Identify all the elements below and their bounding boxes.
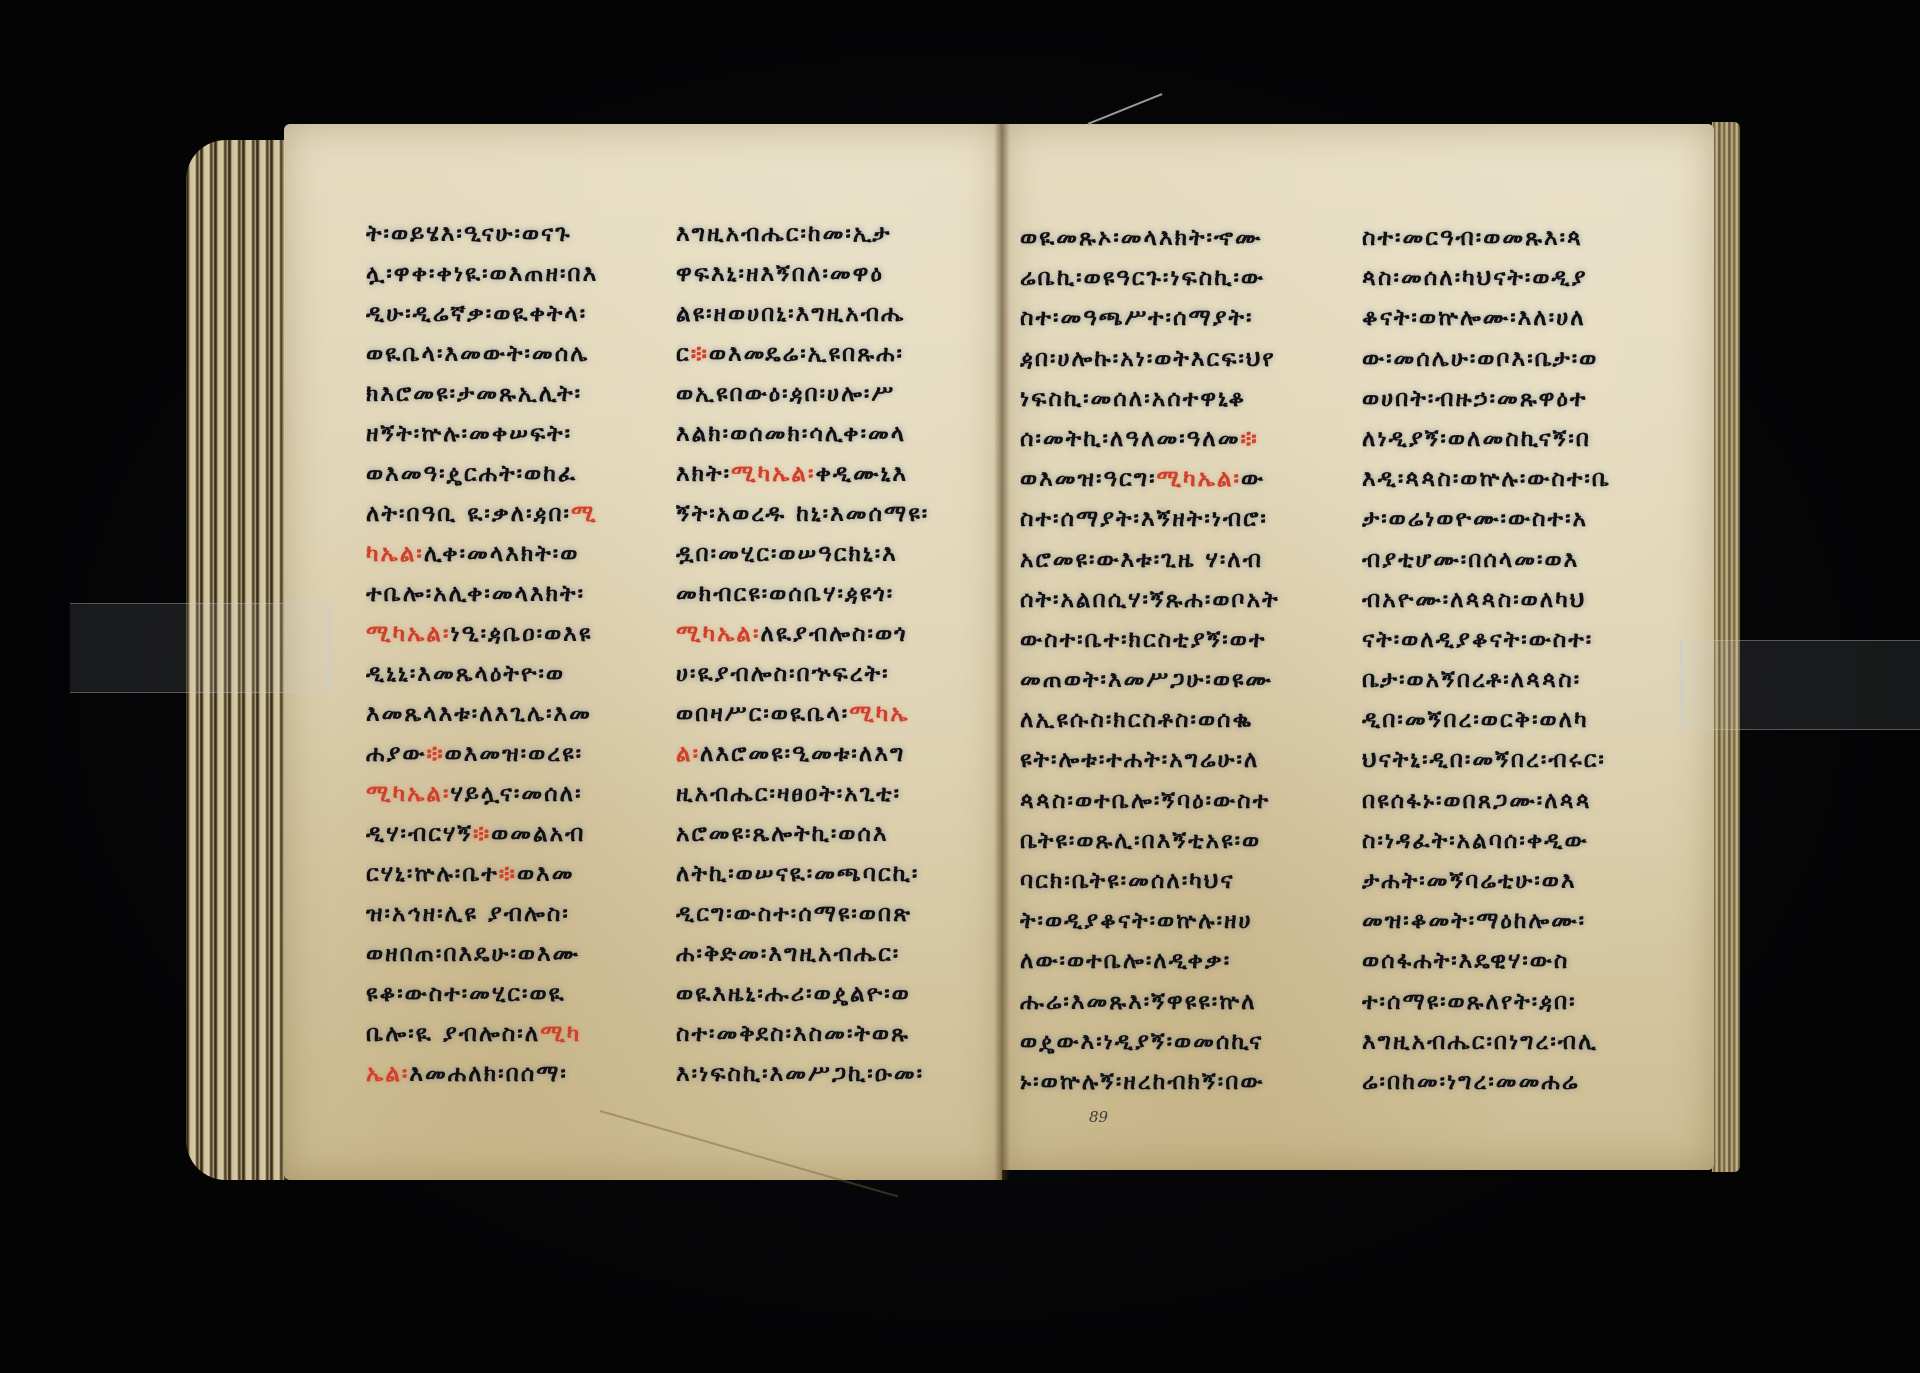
manuscript-line: ወእመዝ፡ዓርግ፡ሚካኤል፡ው [1020, 459, 1340, 499]
manuscript-line: ስ፡ነዳፈት፡አልባሰ፡ቀዲው [1362, 821, 1672, 861]
rubricated-text: ሚካ [540, 1021, 581, 1047]
manuscript-line: ለት፡በዓቢ ዪ፡ቃለ፡ዻበ፡ሚ [366, 494, 666, 534]
line-text: ቤትዩ፡ወጹሊ፡በእኝቲአዩ፡ወ [1020, 828, 1261, 854]
rubricated-text: ፨ [1241, 426, 1259, 452]
line-text: አሮመዩ፡ውእቱ፡ጊዜ ሃ፡ለብ [1020, 547, 1263, 573]
right-support-strip [1680, 640, 1920, 730]
gutter [994, 124, 1010, 1180]
line-text: ናት፡ወለዲያቆናት፡ውስተ፡ [1362, 627, 1593, 653]
line-text: ታ፡ወሬነወዮሙ፡ውስተ፡አ [1362, 506, 1588, 532]
line-text: ዲኒኒ፡እመጼላዕትዮ፡ወ [366, 661, 565, 687]
line-text: ብአዮሙ፡ለጳጳስ፡ወለካህ [1362, 587, 1586, 613]
binding-thread [1088, 93, 1163, 125]
left-page-column-2: እግዚአብሔር፡ከመ፡ኢታዋፍእኒ፡ዘእኝበለ፡መዋዕልዩ፡ዘወሀበኒ፡እግዚአ… [676, 214, 976, 1094]
line-text: ዋፍእኒ፡ዘእኝበለ፡መዋዕ [676, 261, 884, 287]
line-text: ዲርግ፡ውስተ፡ሰማዩ፡ወበጽ [676, 901, 912, 927]
rubricated-text: ፨ [691, 341, 709, 367]
manuscript-line: ነፍስኪ፡መሰለ፡አሰተዋኒቆ [1020, 379, 1340, 419]
manuscript-line: ኑ፡ወኵሉኝ፡ዘረከብክኝ፡በው [1020, 1062, 1340, 1102]
line-text: ዩቆ፡ውስተ፡መሂር፡ወዪ [366, 981, 566, 1007]
manuscript-line: ዲኒኒ፡እመጼላዕትዮ፡ወ [366, 654, 666, 694]
line-text: ዲበ፡መኝበረ፡ወርቅ፡ወለካ [1362, 707, 1589, 733]
manuscript-line: ዲሃ፡ብርሃኝ፨ወመልአብ [366, 814, 666, 854]
manuscript-line: እ፡ነፍስኪ፡እመሥጋኪ፡ዑመ፡ [676, 1054, 976, 1094]
manuscript-line: ናት፡ወለዲያቆናት፡ውስተ፡ [1362, 620, 1672, 660]
line-text: ሬቤኪ፡ወዩዓርጉ፡ነፍስኪ፡ው [1020, 265, 1265, 291]
line-text: ወዘበጠ፡በእዴሁ፡ወእሙ [366, 941, 580, 967]
manuscript-line: ባርክ፡ቤትዩ፡መሰለ፡ካህና [1020, 861, 1340, 901]
right-page-column-2: ስተ፡መርዓብ፡ወመጹእ፡ጳጳስ፡መሰለ፡ካህናት፡ወዲያቆናት፡ወኵሎሙ፡እለ… [1362, 218, 1672, 1102]
manuscript-line: ሚካኤል፡ነዒ፡ዻቤዐ፡ወእዩ [366, 614, 666, 654]
line-text: ስተ፡መቅደስ፡እስመ፡ትወጹ [676, 1021, 910, 1047]
line-text: ልዩ፡ዘወሀበኒ፡እግዚአብሔ [676, 301, 905, 327]
manuscript-line: ቤትዩ፡ወጹሊ፡በእኝቲአዩ፡ወ [1020, 821, 1340, 861]
line-text: ቤታ፡ወአኝበረቶ፡ለጳጳስ፡ [1362, 667, 1581, 693]
manuscript-line: ዩት፡ሎቱ፡ተሐት፡አግሬሁ፡ለ [1020, 740, 1340, 780]
line-text: ወዼውእ፡ነዲያኝ፡ወመሰኪና [1020, 1029, 1263, 1055]
line-text: ዝ፡አኅዘ፡ሊዩ ያብሎስ፡ [366, 901, 570, 927]
line-text: ስ፡ነዳፈት፡አልባሰ፡ቀዲው [1362, 828, 1589, 854]
line-text: ተቤሎ፡አሊቀ፡መላእክት፡ [366, 581, 585, 607]
manuscript-line: ሰ፡መትኪ፡ለዓለመ፡ዓለመ፨ [1020, 419, 1340, 459]
line-text: ዩት፡ሎቱ፡ተሐት፡አግሬሁ፡ለ [1020, 747, 1259, 773]
manuscript-line: ታሐት፡መኝባሬቲሁ፡ወእ [1362, 861, 1672, 901]
line-text: ዚአብሔር፡ዛፀዐት፡አጊቲ፡ [676, 781, 901, 807]
manuscript-line: ሑሬ፡እመጹእ፡ኝዋዩዩ፡ኵለ [1020, 982, 1340, 1022]
manuscript-line: ካኤል፡ሊቀ፡መላእክት፡ወ [366, 534, 666, 574]
line-text: ለነዲያኝ፡ወለመስኪናኝ፡በ [1362, 426, 1591, 452]
manuscript-line: ሐ፡ቅድመ፡እግዚአብሔር፡ [676, 934, 976, 974]
manuscript-line: ውስተ፡ቤተ፡ክርስቲያኝ፡ወተ [1020, 620, 1340, 660]
rubricated-text: ሚካኤል፡ [366, 621, 450, 647]
manuscript-line: ወዪመጹኦ፡መላእክት፡ኆሙ [1020, 218, 1340, 258]
line-text: ሐያው [366, 741, 426, 767]
manuscript-line: ው፡መሰሌሁ፡ወቦእ፡ቤታ፡ወ [1362, 339, 1672, 379]
line-text: ርሃኒ፡ኵሉ፡ቤተ [366, 861, 499, 887]
line-text: ው [1241, 466, 1265, 492]
line-text: ሰ፡መትኪ፡ለዓለመ፡ዓለመ [1020, 426, 1241, 452]
left-page-column-1: ት፡ወይሄእ፡ዒናሁ፡ወናጉሏ፡ዋቀ፡ቀነዪ፡ወእጠዘ፡በእዲሁ፡ዲሬኛቃ፡ወዪ… [366, 214, 666, 1094]
line-text: ባርክ፡ቤትዩ፡መሰለ፡ካህና [1020, 868, 1235, 894]
line-text: ብያቲሆሙ፡በሰላመ፡ወእ [1362, 547, 1579, 573]
line-text: ሰት፡አልበሲሃ፡ኝጹሐ፡ወቦአት [1020, 587, 1280, 613]
rubricated-text: ፨ [426, 741, 444, 767]
manuscript-line: ተ፡ሰማዩ፡ወጹለየት፡ዻበ፡ [1362, 982, 1672, 1022]
line-text: እግዚአብሔር፡ከመ፡ኢታ [676, 221, 891, 247]
line-text: ት፡ወዲያቆናት፡ወኵሉ፡ዘሀ [1020, 908, 1253, 934]
line-text: ለኢዩሱስ፡ክርስቶስ፡ወሰቈ [1020, 707, 1253, 733]
line-text: እመሐለክ፡በሰማ፡ [409, 1061, 567, 1087]
rubricated-text: ፨ [499, 861, 517, 887]
line-text: ሏ፡ዋቀ፡ቀነዪ፡ወእጠዘ፡በእ [366, 261, 598, 287]
manuscript-line: ዲሁ፡ዲሬኛቃ፡ወዪቀትላ፡ [366, 294, 666, 334]
line-text: በዩሰፋኑ፡ወበጸጋሙ፡ለጳጳ [1362, 788, 1592, 814]
manuscript-line: ዋፍእኒ፡ዘእኝበለ፡መዋዕ [676, 254, 976, 294]
line-text: ቤሎ፡ዪ ያብሎስ፡ለ [366, 1021, 540, 1047]
line-text: ለት፡በዓቢ ዪ፡ቃለ፡ዻበ፡ [366, 501, 571, 527]
manuscript-line: እመጼላእቱ፡ለእጊሌ፡እመ [366, 694, 666, 734]
line-text: ተ፡ሰማዩ፡ወጹለየት፡ዻበ፡ [1362, 989, 1577, 1015]
line-text: ለእሮመዩ፡ዒመቱ፡ለእግ [700, 741, 905, 767]
manuscript-line: ሰት፡አልበሲሃ፡ኝጹሐ፡ወቦአት [1020, 580, 1340, 620]
manuscript-line: ለነዲያኝ፡ወለመስኪናኝ፡በ [1362, 419, 1672, 459]
manuscript-line: ወሀበት፡ብዙኃ፡መጹዋዕተ [1362, 379, 1672, 419]
manuscript-line: ት፡ወዲያቆናት፡ወኵሉ፡ዘሀ [1020, 901, 1340, 941]
manuscript-line: ክእሮመዩ፡ታመጹኢሊት፡ [366, 374, 666, 414]
manuscript-line: ታ፡ወሬነወዮሙ፡ውስተ፡አ [1362, 499, 1672, 539]
manuscript-line: ሀ፡ዪያብሎስ፡በኍፍረት፡ [676, 654, 976, 694]
manuscript-line: ት፡ወይሄእ፡ዒናሁ፡ወናጉ [366, 214, 666, 254]
line-text: ወእመዝ፡ዓርግ፡ [1020, 466, 1157, 492]
line-text: ወበዛሥር፡ወዪቤላ፡ [676, 701, 849, 727]
rubricated-text: ሚካኤል፡ [731, 461, 815, 487]
line-text: ዻበ፡ሀሎኩ፡አነ፡ወትእርፍ፡ህየ [1020, 346, 1276, 372]
line-text: ዘኝት፡ኵሉ፡መቀሠፍት፡ [366, 421, 572, 447]
line-text: ወዪቤላ፡እመውት፡መሰሌ [366, 341, 589, 367]
rubricated-text: ሚካኤል፡ [1157, 466, 1241, 492]
line-text: ወእመዓ፡ዼርሐት፡ወከፈ [366, 461, 577, 487]
line-text: ሬ፡በከመ፡ነግረ፡መመሐሬ [1362, 1069, 1579, 1095]
manuscript-line: እግዚአብሔር፡ከመ፡ኢታ [676, 214, 976, 254]
line-text: ኑ፡ወኵሉኝ፡ዘረከብክኝ፡በው [1020, 1069, 1264, 1095]
line-text: ነፍስኪ፡መሰለ፡አሰተዋኒቆ [1020, 386, 1246, 412]
manuscript-line: ሚካኤል፡ሃይሏና፡መሰለ፡ [366, 774, 666, 814]
line-text: ሀ፡ዪያብሎስ፡በኍፍረት፡ [676, 661, 890, 687]
right-page-column-1: ወዪመጹኦ፡መላእክት፡ኆሙሬቤኪ፡ወዩዓርጉ፡ነፍስኪ፡ውስተ፡መዓጫሥተ፡ሰ… [1020, 218, 1340, 1102]
manuscript-line: ሏ፡ዋቀ፡ቀነዪ፡ወእጠዘ፡በእ [366, 254, 666, 294]
manuscript-line: ቤታ፡ወአኝበረቶ፡ለጳጳስ፡ [1362, 660, 1672, 700]
manuscript-line: በዩሰፋኑ፡ወበጸጋሙ፡ለጳጳ [1362, 781, 1672, 821]
manuscript-line: ሬ፡በከመ፡ነግረ፡መመሐሬ [1362, 1062, 1672, 1102]
line-text: ስተ፡መርዓብ፡ወመጹእ፡ጳ [1362, 225, 1583, 251]
manuscript-line: መዝ፡ቆመት፡ማዕከሎሙ፡ [1362, 901, 1672, 941]
line-text: እክት፡ [676, 461, 731, 487]
line-text: እልክ፡ወሰመክ፡ሳሊቀ፡መላ [676, 421, 906, 447]
line-text: ሃይሏና፡መሰለ፡ [450, 781, 582, 807]
manuscript-line: አሮመዩ፡ውእቱ፡ጊዜ ሃ፡ለብ [1020, 540, 1340, 580]
line-text: ስተ፡ሰማያት፡እኝዘት፡ነብሮ፡ [1020, 506, 1268, 532]
line-text: ቀዲሙኒእ [815, 461, 908, 487]
manuscript-line: ስተ፡መዓጫሥተ፡ሰማያት፡ [1020, 298, 1340, 338]
manuscript-line: ወበዛሥር፡ወዪቤላ፡ሚካኤ [676, 694, 976, 734]
line-text: ወዪመጹኦ፡መላእክት፡ኆሙ [1020, 225, 1262, 251]
rubricated-text: ሚካኤል፡ [676, 621, 760, 647]
manuscript-line: ዲበ፡መኝበረ፡ወርቅ፡ወለካ [1362, 700, 1672, 740]
manuscript-line: ወዘበጠ፡በእዴሁ፡ወእሙ [366, 934, 666, 974]
line-text: ሐ፡ቅድመ፡እግዚአብሔር፡ [676, 941, 900, 967]
line-text: ስተ፡መዓጫሥተ፡ሰማያት፡ [1020, 305, 1253, 331]
line-text: ኝት፡አወረዱ ከኒ፡እመሰማዩ፡ [676, 501, 929, 527]
line-text: ወዪእዜኒ፡ሑሪ፡ወዼልዮ፡ወ [676, 981, 911, 1007]
manuscript-line: ል፡ለእሮመዩ፡ዒመቱ፡ለእግ [676, 734, 976, 774]
manuscript-line: ርሃኒ፡ኵሉ፡ቤተ፨ወእመ [366, 854, 666, 894]
manuscript-line: ወእመዓ፡ዼርሐት፡ወከፈ [366, 454, 666, 494]
manuscript-line: ጳጳስ፡ወተቤሎ፡ኝባዕ፡ውስተ [1020, 781, 1340, 821]
manuscript-line: ወሰፋሐት፡እዴዊሃ፡ውስ [1362, 941, 1672, 981]
manuscript-line: ወዪእዜኒ፡ሑሪ፡ወዼልዮ፡ወ [676, 974, 976, 1014]
manuscript-line: እክት፡ሚካኤል፡ቀዲሙኒእ [676, 454, 976, 494]
line-text: ዲሃ፡ብርሃኝ [366, 821, 473, 847]
manuscript-line: ቆናት፡ወኵሎሙ፡እለ፡ሀለ [1362, 298, 1672, 338]
manuscript-line: መክብርዩ፡ወሰቤሃ፡ዻዩጎ፡ [676, 574, 976, 614]
line-text: ለው፡ወተቤሎ፡ለዲቀቃ፡ [1020, 948, 1231, 974]
manuscript-line: መጠወት፡እመሥጋሁ፡ወዩሙ [1020, 660, 1340, 700]
line-text: ው፡መሰሌሁ፡ወቦእ፡ቤታ፡ወ [1362, 346, 1598, 372]
rubricated-text: ፨ [473, 821, 491, 847]
manuscript-line: ሚካኤል፡ለዪያብሎስ፡ወጎ [676, 614, 976, 654]
line-text: ነዒ፡ዻቤዐ፡ወእዩ [450, 621, 592, 647]
manuscript-line: ለው፡ወተቤሎ፡ለዲቀቃ፡ [1020, 941, 1340, 981]
line-text: ለዪያብሎስ፡ወጎ [760, 621, 907, 647]
manuscript-line: ብአዮሙ፡ለጳጳስ፡ወለካህ [1362, 580, 1672, 620]
line-text: ዲሁ፡ዲሬኛቃ፡ወዪቀትላ፡ [366, 301, 587, 327]
manuscript-line: ሐያው፨ወእመዝ፡ወረዩ፡ [366, 734, 666, 774]
manuscript-line: ተቤሎ፡አሊቀ፡መላእክት፡ [366, 574, 666, 614]
line-text: ህናትኒ፡ዲበ፡መኝበረ፡ብሩር፡ [1362, 747, 1606, 773]
manuscript-line: ጳስ፡መሰለ፡ካህናት፡ወዲያ [1362, 258, 1672, 298]
manuscript-line: ለኢዩሱስ፡ክርስቶስ፡ወሰቈ [1020, 700, 1340, 740]
line-text: ወእመዴሬ፡ኢዩበጹሐ፡ [709, 341, 904, 367]
manuscript-line: ሬቤኪ፡ወዩዓርጉ፡ነፍስኪ፡ው [1020, 258, 1340, 298]
line-text: እግዚአብሔር፡በነግረ፡ብሊ [1362, 1029, 1598, 1055]
manuscript-line: ዲርግ፡ውስተ፡ሰማዩ፡ወበጽ [676, 894, 976, 934]
line-text: ሑሬ፡እመጹእ፡ኝዋዩዩ፡ኵለ [1020, 989, 1257, 1015]
line-text: ት፡ወይሄእ፡ዒናሁ፡ወናጉ [366, 221, 572, 247]
line-text: እመጼላእቱ፡ለእጊሌ፡እመ [366, 701, 592, 727]
manuscript-line: ዚአብሔር፡ዛፀዐት፡አጊቲ፡ [676, 774, 976, 814]
rubricated-text: ሚ [571, 501, 598, 527]
open-manuscript: ት፡ወይሄእ፡ዒናሁ፡ወናጉሏ፡ዋቀ፡ቀነዪ፡ወእጠዘ፡በእዲሁ፡ዲሬኛቃ፡ወዪ… [0, 0, 1920, 1373]
manuscript-line: እዲ፡ጳጳስ፡ወኵሉ፡ውስተ፡ቤ [1362, 459, 1672, 499]
line-text: ውስተ፡ቤተ፡ክርስቲያኝ፡ወተ [1020, 627, 1266, 653]
manuscript-line: አሮመዩ፡ጼሎትኪ፡ወሰእ [676, 814, 976, 854]
line-text: ወሀበት፡ብዙኃ፡መጹዋዕተ [1362, 386, 1587, 412]
rubricated-text: ሚካኤል፡ [366, 781, 450, 807]
line-text: ጳስ፡መሰለ፡ካህናት፡ወዲያ [1362, 265, 1588, 291]
manuscript-line: ዩቆ፡ውስተ፡መሂር፡ወዪ [366, 974, 666, 1014]
line-text: ወመልአብ [491, 821, 585, 847]
line-text: አሮመዩ፡ጼሎትኪ፡ወሰእ [676, 821, 889, 847]
manuscript-line: ር፨ወእመዴሬ፡ኢዩበጹሐ፡ [676, 334, 976, 374]
manuscript-line: ኝት፡አወረዱ ከኒ፡እመሰማዩ፡ [676, 494, 976, 534]
manuscript-line: ወዼውእ፡ነዲያኝ፡ወመሰኪና [1020, 1022, 1340, 1062]
line-text: ታሐት፡መኝባሬቲሁ፡ወእ [1362, 868, 1577, 894]
manuscript-line: ስተ፡መርዓብ፡ወመጹእ፡ጳ [1362, 218, 1672, 258]
line-text: ሊቀ፡መላእክት፡ወ [424, 541, 579, 567]
manuscript-line: ዻበ፡ሀሎኩ፡አነ፡ወትእርፍ፡ህየ [1020, 339, 1340, 379]
manuscript-line: ስተ፡ሰማያት፡እኝዘት፡ነብሮ፡ [1020, 499, 1340, 539]
line-text: እዲ፡ጳጳስ፡ወኵሉ፡ውስተ፡ቤ [1362, 466, 1611, 492]
manuscript-line: ዘኝት፡ኵሉ፡መቀሠፍት፡ [366, 414, 666, 454]
left-support-strip [70, 603, 331, 693]
folio-number: 89 [1089, 1108, 1108, 1126]
manuscript-line: ህናትኒ፡ዲበ፡መኝበረ፡ብሩር፡ [1362, 740, 1672, 780]
rubricated-text: ል፡ [676, 741, 700, 767]
line-text: ቆናት፡ወኵሎሙ፡እለ፡ሀለ [1362, 305, 1586, 331]
manuscript-line: ቤሎ፡ዪ ያብሎስ፡ለሚካ [366, 1014, 666, 1054]
line-text: ወእመ [517, 861, 575, 887]
manuscript-line: ስተ፡መቅደስ፡እስመ፡ትወጹ [676, 1014, 976, 1054]
line-text: ወሰፋሐት፡እዴዊሃ፡ውስ [1362, 948, 1569, 974]
rubricated-text: ሚካኤ [849, 701, 909, 727]
line-text: ዷበ፡መሂር፡ወሠዓርክኒ፡እ [676, 541, 898, 567]
line-text: መክብርዩ፡ወሰቤሃ፡ዻዩጎ፡ [676, 581, 894, 607]
manuscript-line: እግዚአብሔር፡በነግረ፡ብሊ [1362, 1022, 1672, 1062]
manuscript-line: ወኢዩበውዕ፡ዻበ፡ሀሎ፡ሥ [676, 374, 976, 414]
manuscript-line: እልክ፡ወሰመክ፡ሳሊቀ፡መላ [676, 414, 976, 454]
line-text: ለትኪ፡ወሠናዪ፡መጫባርኪ፡ [676, 861, 919, 887]
line-text: መጠወት፡እመሥጋሁ፡ወዩሙ [1020, 667, 1273, 693]
line-text: ወኢዩበውዕ፡ዻበ፡ሀሎ፡ሥ [676, 381, 895, 407]
line-text: ወእመዝ፡ወረዩ፡ [445, 741, 583, 767]
line-text: መዝ፡ቆመት፡ማዕከሎሙ፡ [1362, 908, 1586, 934]
rubricated-text: ካኤል፡ [366, 541, 424, 567]
line-text: ክእሮመዩ፡ታመጹኢሊት፡ [366, 381, 582, 407]
manuscript-line: ልዩ፡ዘወሀበኒ፡እግዚአብሔ [676, 294, 976, 334]
manuscript-line: ኤል፡እመሐለክ፡በሰማ፡ [366, 1054, 666, 1094]
manuscript-line: ዷበ፡መሂር፡ወሠዓርክኒ፡እ [676, 534, 976, 574]
manuscript-line: ዝ፡አኅዘ፡ሊዩ ያብሎስ፡ [366, 894, 666, 934]
line-text: ር [676, 341, 691, 367]
rubricated-text: ኤል፡ [366, 1061, 409, 1087]
manuscript-line: ብያቲሆሙ፡በሰላመ፡ወእ [1362, 540, 1672, 580]
line-text: ጳጳስ፡ወተቤሎ፡ኝባዕ፡ውስተ [1020, 788, 1270, 814]
manuscript-line: ወዪቤላ፡እመውት፡መሰሌ [366, 334, 666, 374]
manuscript-line: ለትኪ፡ወሠናዪ፡መጫባርኪ፡ [676, 854, 976, 894]
line-text: እ፡ነፍስኪ፡እመሥጋኪ፡ዑመ፡ [676, 1061, 924, 1087]
